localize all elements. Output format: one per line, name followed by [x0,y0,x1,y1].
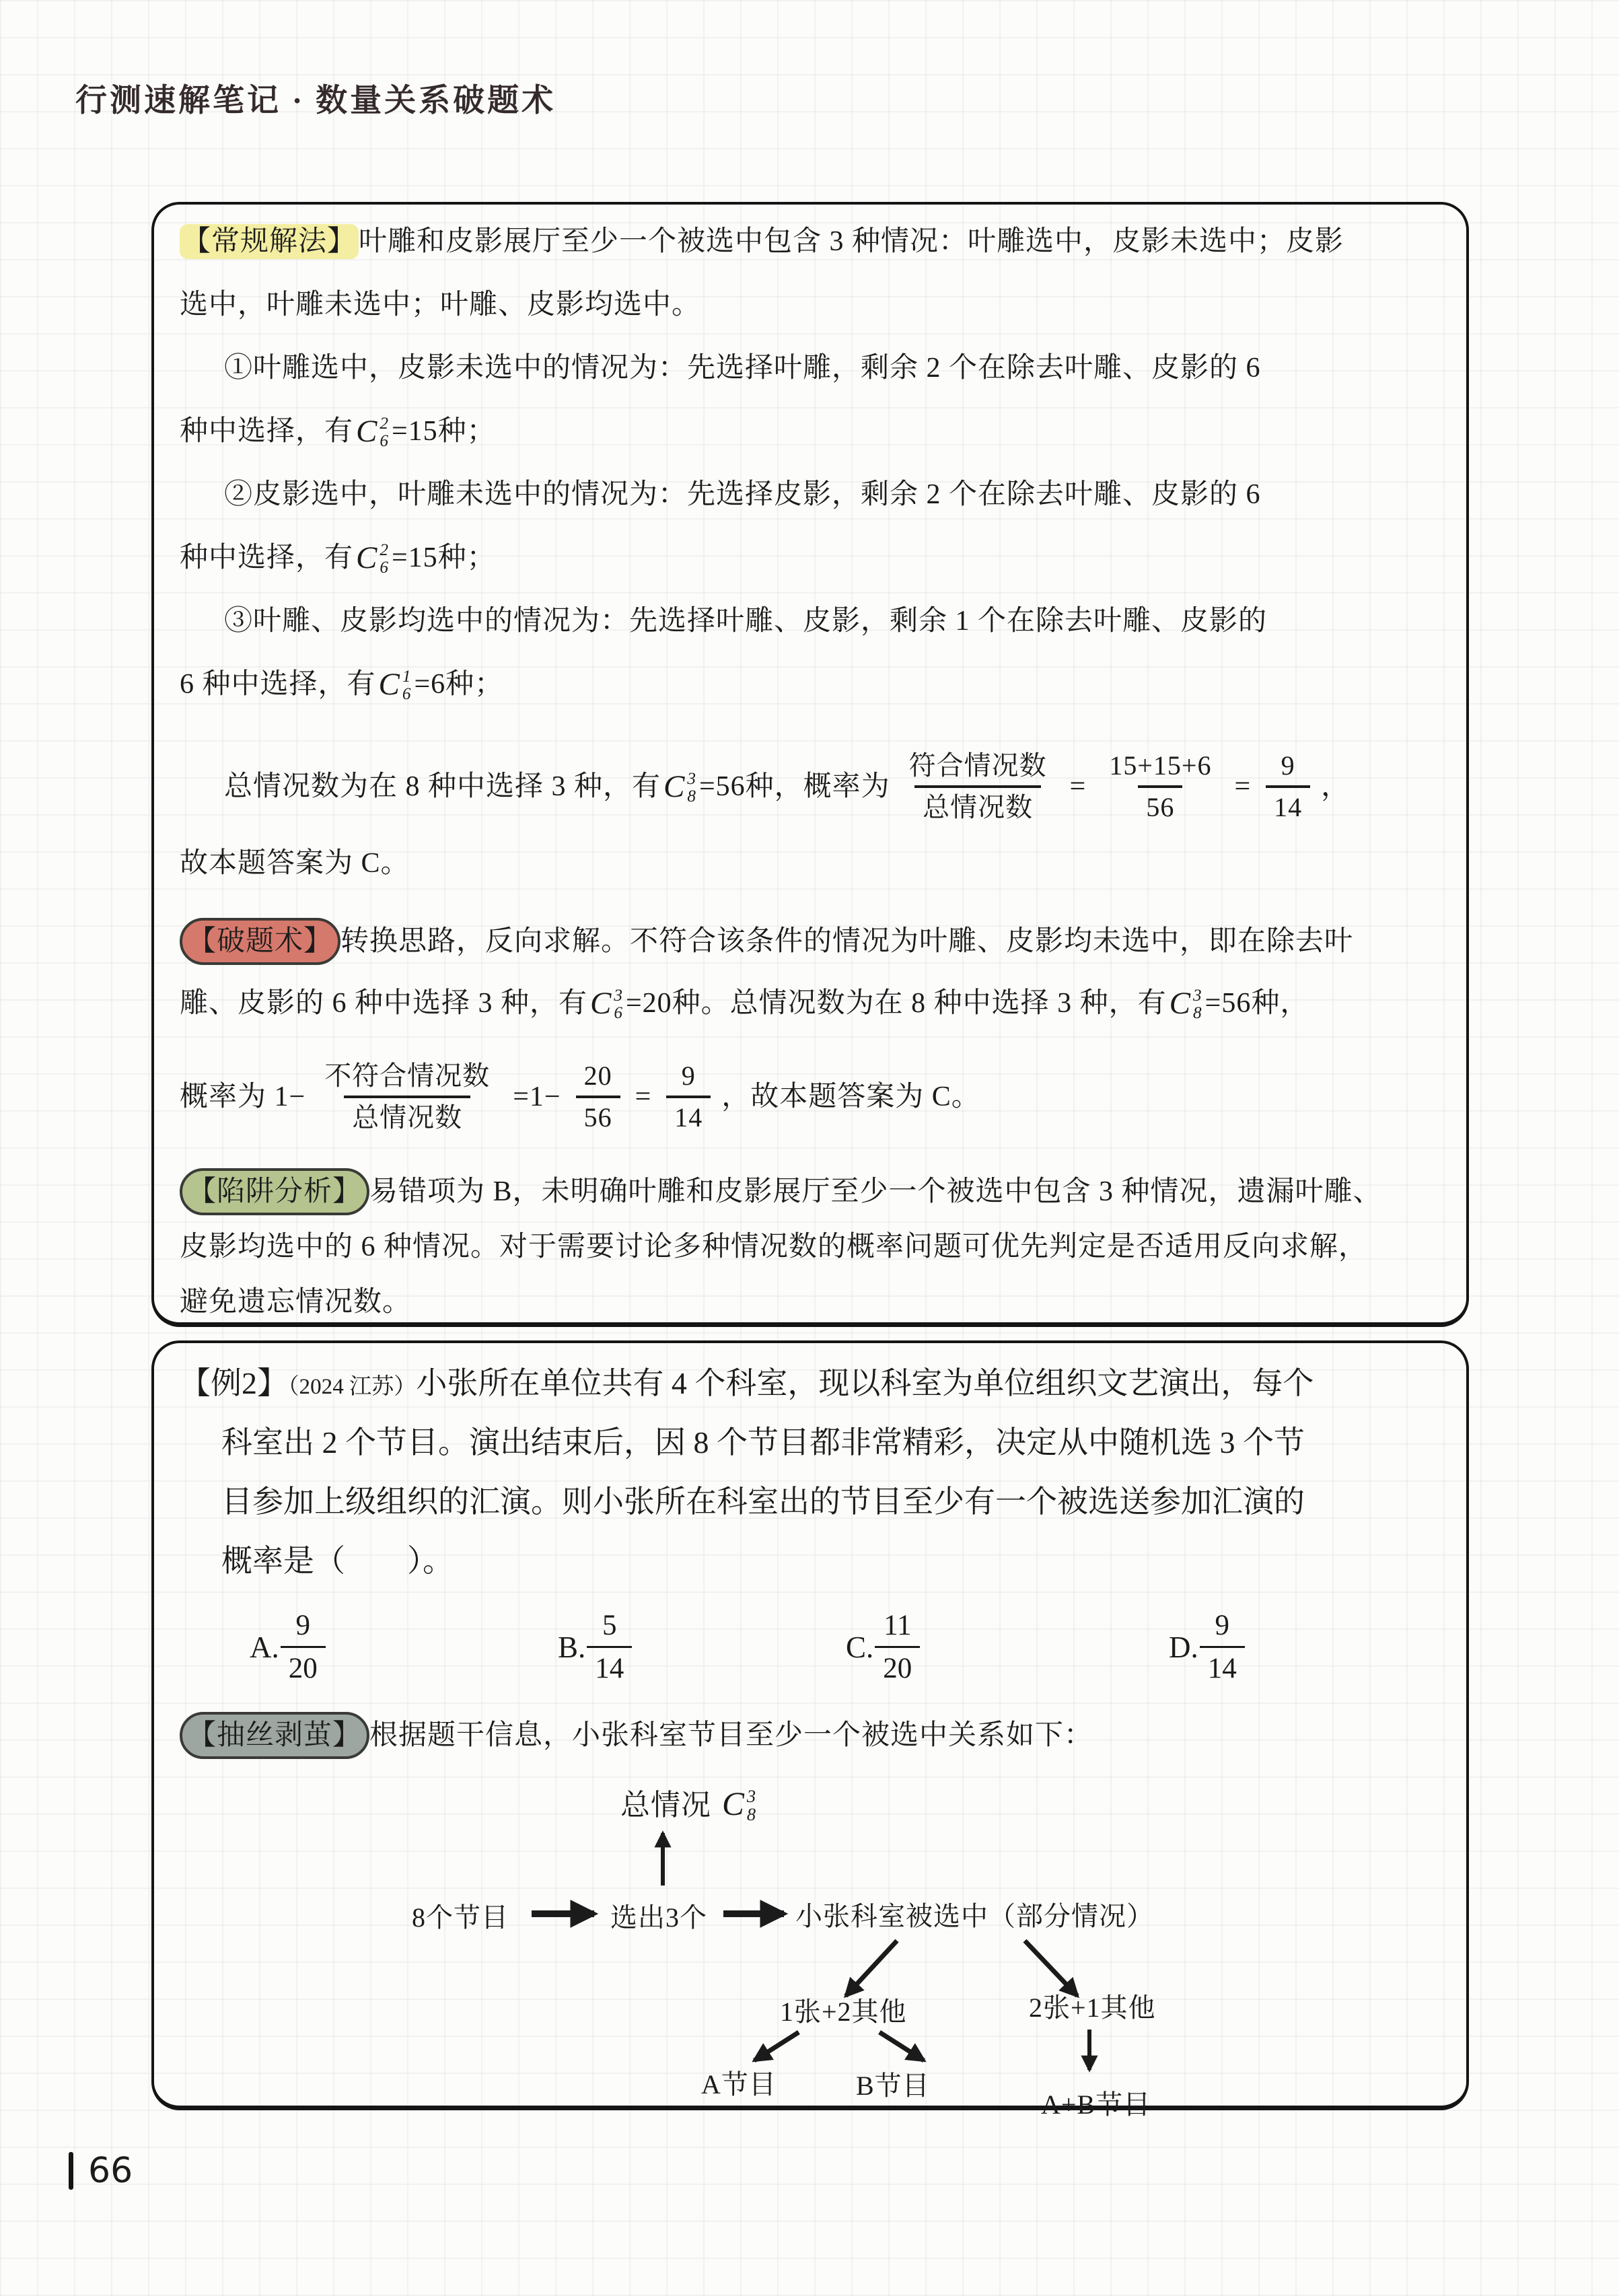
case2-line2-post: =15种； [392,538,496,577]
fraction-denominator: 20 [281,1646,326,1685]
example-source: （2024 江苏） [288,1374,416,1399]
case2-line1: ②皮影选中，叶雕未选中的情况为：先选择皮影，剩余 2 个在除去叶雕、皮影的 6 [180,475,1443,514]
c-symbol: C [1170,984,1191,1023]
combination-notation: C36 [590,984,623,1023]
crack-line3-pre: 概率为 1− [180,1077,305,1116]
equals-sign: = [635,1077,652,1116]
analysis-label: 【抽丝剥茧】 [180,1712,369,1759]
fraction-counts: 2056 [576,1061,620,1133]
equals-sign: = [1070,767,1087,806]
diagram-node-selected: 小张科室被选中（部分情况） [795,1895,1154,1933]
crack-probability-formula: 概率为 1− 不符合情况数总情况数 =1− 2056 = 914 ，故本题答案为… [180,1044,1443,1149]
example-label: 【例2】 [180,1366,288,1400]
page-number-value: 66 [88,2151,133,2191]
normal-method-label: 【常规解法】 [180,224,359,259]
c-superscript: 3 [1193,987,1202,1005]
fraction-numerator: 5 [594,1609,625,1646]
notebook-page: { "colors": { "ink": "#1b1b1b", "highlig… [0,0,1619,2296]
fraction-denominator: 56 [1138,785,1182,823]
c-symbol: C [663,767,685,806]
fraction-denominator: 20 [875,1646,920,1685]
c-symbol: C [722,1785,745,1823]
example-line3: 目参加上级组织的汇演。则小张所在科室出的节目至少有一个被选送参加汇演的 [180,1482,1443,1522]
option-a: A. 920 [250,1609,327,1686]
diagram-node-b: B节目 [856,2065,930,2103]
fraction-counts: 15+15+656 [1101,750,1219,823]
c-subscript: 8 [1193,1005,1202,1022]
crack-line2-pre: 雕、皮影的 6 种中选择 3 种，有 [180,984,587,1023]
option-c: C. 1120 [846,1609,921,1686]
c-symbol: C [356,412,377,451]
c-superscript: 2 [380,415,389,433]
c-symbol: C [379,665,400,704]
c-superscript: 3 [747,1787,756,1805]
fraction-result: 914 [1266,750,1310,823]
case1-line2-pre: 种中选择，有 [180,412,353,451]
normal-method-text1: 叶雕和皮影展厅至少一个被选中包含 3 种情况：叶雕选中，皮影未选中；皮影 [359,226,1344,257]
diagram-node-ab: A+B节目 [1041,2083,1151,2122]
fraction-denominator: 总情况数 [914,785,1041,823]
c-subscript: 6 [402,686,412,703]
option-b: B. 514 [558,1609,633,1686]
diagram-node-2zhang: 2张+1其他 [1029,1986,1156,2025]
c-subscript: 6 [614,1005,623,1022]
fraction-denominator: 14 [1266,785,1310,823]
fraction-denominator: 56 [576,1096,620,1133]
fraction-unfavorable-over-total: 不符合情况数总情况数 [316,1061,498,1133]
normal-conclusion: 故本题答案为 C。 [180,844,1443,883]
fraction-numerator: 11 [875,1609,919,1646]
total-probability-formula: 总情况数为在 8 种中选择 3 种，有 C38 =56种，概率为 符合情况数总情… [180,736,1443,837]
trap-line1: 【陷阱分析】易错项为 B，未明确叶雕和皮影展厅至少一个被选中包含 3 种情况，遗… [180,1168,1443,1215]
fraction-numerator: 9 [1273,750,1303,785]
case1-line2-post: =15种； [392,412,496,451]
combination-notation: C16 [379,665,412,704]
c-symbol: C [590,984,612,1023]
trap-text1: 易错项为 B，未明确叶雕和皮影展厅至少一个被选中包含 3 种情况，遗漏叶雕、 [369,1176,1382,1207]
case3-line1: ③叶雕、皮影均选中的情况为：先选择叶雕、皮影，剩余 1 个在除去叶雕、皮影的 [180,602,1443,641]
crack-text1: 转换思路，反向求解。不符合该条件的情况为叶雕、皮影均未选中，即在除去叶 [340,926,1353,957]
total-pre: 总情况数为在 8 种中选择 3 种，有 [224,767,661,806]
option-letter: C. [846,1630,873,1665]
arrow-down-left-icon [754,2032,799,2060]
normal-method-line2: 选中，叶雕未选中；叶雕、皮影均选中。 [180,285,1443,324]
case3-line2-post: =6种； [414,665,503,704]
c-subscript: 8 [747,1805,756,1824]
normal-method-line1: 【常规解法】叶雕和皮影展厅至少一个被选中包含 3 种情况：叶雕选中，皮影未选中；… [180,222,1443,261]
trap-line3: 避免遗忘情况数。 [180,1283,1443,1322]
example-line2: 科室出 2 个节目。演出结束后，因 8 个节目都非常精彩，决定从中随机选 3 个… [180,1423,1443,1463]
fraction-numerator: 20 [576,1061,620,1096]
fraction-numerator: 15+15+6 [1101,750,1219,785]
crack-line3-post: ，故本题答案为 C。 [721,1077,980,1116]
diagram-total-node: 总情况 C38 [620,1781,759,1824]
arrow-down-left-icon [846,1941,897,1996]
example-line1: 【例2】（2024 江苏）小张所在单位共有 4 个科室，现以科室为单位组织文艺演… [180,1363,1443,1407]
option-fraction: 514 [587,1609,632,1686]
crack-line2: 雕、皮影的 6 种中选择 3 种，有 C36 =20种。总情况数为在 8 种中选… [180,984,1443,1023]
equals-sign: = [1234,767,1251,806]
option-fraction: 914 [1200,1609,1245,1686]
option-letter: D. [1169,1630,1198,1665]
c-symbol: C [356,538,377,577]
crack-line2-post: =56种， [1205,984,1309,1023]
option-fraction: 920 [281,1609,326,1686]
combination-notation: C38 [722,1785,756,1823]
page-number-bar [69,2152,73,2190]
combination-notation: C38 [1170,984,1202,1023]
c-superscript: 3 [614,987,623,1005]
example-box: 【例2】（2024 江苏）小张所在单位共有 4 个科室，现以科室为单位组织文艺演… [151,1340,1469,2110]
arrow-down-right-icon [879,2032,924,2060]
c-superscript: 1 [402,668,412,686]
crack-line1: 【破题术】转换思路，反向求解。不符合该条件的情况为叶雕、皮影均未选中，即在除去叶 [180,918,1443,965]
case1-line2: 种中选择，有 C26 =15种； [180,412,1443,451]
c-subscript: 6 [380,433,389,450]
option-fraction: 1120 [875,1609,920,1686]
fraction-favorable-over-total: 符合情况数总情况数 [901,750,1055,823]
c-subscript: 8 [687,788,696,805]
diagram-node-a: A节目 [701,2063,777,2102]
fraction-denominator: 14 [666,1096,711,1133]
fraction-denominator: 总情况数 [344,1096,470,1133]
option-letter: B. [558,1630,585,1665]
equals-sign: =1− [513,1077,561,1116]
case3-line2: 6 种中选择，有 C16 =6种； [180,665,1443,704]
crack-line2-mid: =20种。总情况数为在 8 种中选择 3 种，有 [626,984,1167,1023]
options-row: A. 920 B. 514 C. 1120 D. 914 [180,1609,1443,1688]
total-label: 总情况 [620,1789,719,1822]
case2-line2-pre: 种中选择，有 [180,538,353,577]
diagram-node-programs: 8个节目 [412,1896,509,1935]
total-tail: ， [1321,767,1350,806]
case2-line2: 种中选择，有 C26 =15种； [180,538,1443,577]
fraction-numerator: 9 [674,1061,704,1096]
option-letter: A. [250,1630,279,1665]
example-text1: 小张所在单位共有 4 个科室，现以科室为单位组织文艺演出，每个 [416,1366,1314,1400]
trap-analysis-label: 【陷阱分析】 [180,1168,369,1215]
option-d: D. 914 [1169,1609,1246,1686]
c-superscript: 3 [687,770,696,788]
diagram-node-1zhang: 1张+2其他 [780,1990,907,2029]
fraction-result: 914 [666,1061,711,1133]
combination-notation: C38 [663,767,696,806]
combination-notation: C26 [356,538,389,577]
c-subscript: 6 [380,559,389,577]
book-header-title: 行测速解笔记 · 数量关系破题术 [75,75,556,120]
diagram-node-pick: 选出3个 [610,1896,707,1935]
total-mid: =56种，概率为 [699,767,890,806]
trap-line2: 皮影均选中的 6 种情况。对于需要讨论多种情况数的概率问题可优先判定是否适用反向… [180,1227,1443,1266]
relation-diagram: 总情况 C38 8个节目 选出3个 小张科室被选中（部分情况） 1张+2其他 2… [180,1771,1443,2108]
fraction-numerator: 符合情况数 [901,750,1055,785]
analysis-line: 【抽丝剥茧】根据题干信息，小张科室节目至少一个被选中关系如下： [180,1712,1443,1759]
case1-line1: ①叶雕选中，皮影未选中的情况为：先选择叶雕，剩余 2 个在除去叶雕、皮影的 6 [180,349,1443,388]
page-number: 66 [69,2151,133,2191]
fraction-denominator: 14 [587,1646,632,1685]
fraction-numerator: 不符合情况数 [316,1061,498,1096]
solution-box: 【常规解法】叶雕和皮影展厅至少一个被选中包含 3 种情况：叶雕选中，皮影未选中；… [151,202,1469,1327]
fraction-numerator: 9 [1207,1609,1238,1646]
fraction-denominator: 14 [1200,1646,1245,1685]
fraction-numerator: 9 [288,1609,319,1646]
example-line4: 概率是（ ）。 [180,1541,1443,1581]
combination-notation: C26 [356,412,389,451]
crack-method-label: 【破题术】 [180,918,340,965]
case3-line2-pre: 6 种中选择，有 [180,665,376,704]
c-superscript: 2 [380,542,389,559]
diagram-arrows [180,1771,1451,2108]
analysis-text: 根据题干信息，小张科室节目至少一个被选中关系如下： [369,1720,1093,1751]
